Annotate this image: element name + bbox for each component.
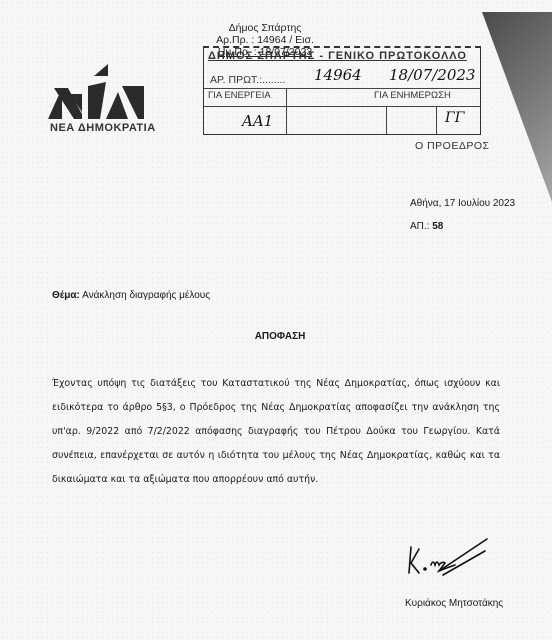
decision-title: ΑΠΟΦΑΣΗ [0, 331, 552, 342]
place-date: Αθήνα, 17 Ιουλίου 2023 [410, 198, 515, 209]
scan-shadow [482, 12, 552, 202]
stamp-protocol-label: ΑΡ. ΠΡΩΤ.:........ [210, 74, 285, 86]
logo-text: ΝΕΑ ΔΗΜΟΚΡΑΤΙΑ [50, 122, 158, 134]
stamp-protocol-date: 18/07/2023 [389, 66, 475, 84]
stamp-for-info-label: ΓΙΑ ΕΝΗΜΕΡΩΣΗ [374, 90, 451, 101]
stamp-divider [386, 106, 387, 134]
stamp-divider [204, 88, 480, 89]
stamp-protocol-number: 14964 [314, 66, 362, 84]
subject-text: Ανάκληση διαγραφής μέλους [82, 290, 210, 301]
stamp-handwritten-initials: ΓΓ [445, 110, 464, 126]
reference-number: ΑΠ.: 58 [410, 221, 443, 232]
decision-body: Έχοντας υπόψη τις διατάξεις του Καταστατ… [52, 372, 500, 492]
stamp-title: ΔΗΜΟΣ ΣΠΑΡΤΗΣ - ΓΕΝΙΚΟ ΠΡΩΤΟΚΟΛΛΟ [208, 50, 467, 62]
signature-icon [405, 535, 495, 590]
protocol-number: Αρ.Πρ. : 14964 / Εισ. [200, 34, 330, 46]
stamp-for-action-label: ΓΙΑ ΕΝΕΡΓΕΙΑ [208, 90, 271, 101]
protocol-stamp: ΔΗΜΟΣ ΣΠΑΡΤΗΣ - ΓΕΝΙΚΟ ΠΡΩΤΟΚΟΛΛΟ ΑΡ. ΠΡ… [203, 46, 481, 135]
subject-line: Θέμα: Ανάκληση διαγραφής μέλους [52, 290, 210, 301]
nd-logo: ΝΕΑ ΔΗΜΟΚΡΑΤΙΑ [48, 64, 158, 134]
reference-value: 58 [432, 221, 443, 232]
stamp-divider [436, 106, 437, 134]
nd-logo-icon [48, 64, 148, 119]
stamp-divider [286, 88, 287, 134]
signer-name: Κυριάκος Μητσοτάκης [405, 598, 503, 609]
president-stamp: Ο ΠΡΟΕΔΡΟΣ [415, 140, 490, 152]
stamp-handwritten-action: ΑΑ1 [242, 112, 273, 130]
reference-label: ΑΠ.: [410, 221, 429, 232]
municipality-name: Δήμος Σπάρτης [200, 22, 330, 34]
subject-label: Θέμα: [52, 290, 80, 301]
stamp-divider [204, 106, 480, 107]
